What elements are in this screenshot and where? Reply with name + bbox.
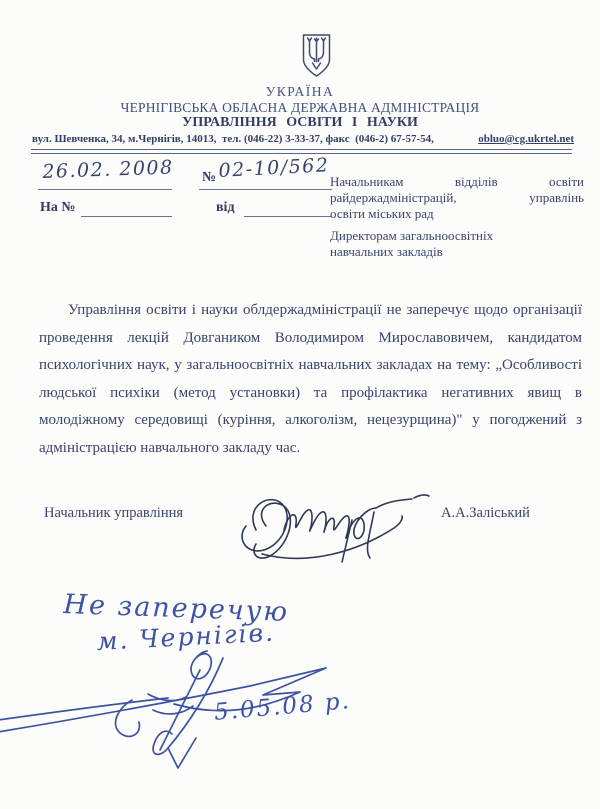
from-date-underline	[244, 216, 332, 217]
number-sign-label: №	[202, 170, 216, 186]
reply-to-label: На №	[40, 200, 75, 216]
administration-name: ЧЕРНІГІВСЬКА ОБЛАСНА ДЕРЖАВНА АДМІНІСТРА…	[0, 100, 600, 116]
handwritten-outgoing-number: 02-10/562	[218, 154, 330, 182]
letter-body-paragraph: Управління освіти і науки облдержадмініс…	[39, 297, 582, 462]
addressee-line: освіти міських рад	[330, 206, 584, 222]
addressee-block: Начальникам відділів освіти райдержадмін…	[330, 174, 584, 260]
date-underline	[38, 189, 172, 190]
from-date-label: від	[216, 200, 235, 216]
official-signature-scrawl	[222, 486, 432, 571]
postal-address-and-phones: вул. Шевченка, 34, м.Чернігів, 14013, те…	[32, 133, 434, 145]
contact-line: вул. Шевченка, 34, м.Чернігів, 14013, те…	[32, 133, 574, 145]
scanned-letter-page: УКРАЇНА ЧЕРНІГІВСЬКА ОБЛАСНА ДЕРЖАВНА АД…	[0, 0, 600, 809]
header-divider-rule	[31, 149, 572, 154]
email-address: obluo@cg.ukrtel.net	[478, 133, 574, 145]
signer-job-title: Начальник управління	[44, 505, 183, 522]
department-name: УПРАВЛІННЯ ОСВІТИ І НАУКИ	[0, 115, 600, 131]
addressee-line: райдержадміністрацій, управлінь	[330, 190, 584, 206]
reply-number-underline	[81, 216, 172, 217]
number-underline	[199, 189, 332, 190]
ukraine-trident-emblem-icon	[300, 33, 333, 79]
country-name: УКРАЇНА	[0, 84, 600, 100]
addressee-line: навчальних закладів	[330, 244, 584, 260]
addressee-line: Начальникам відділів освіти	[330, 174, 584, 190]
resolution-signature-flourish	[0, 640, 600, 809]
addressee-line: Директорам загальноосвітніх	[330, 228, 584, 244]
handwritten-date: 26.02. 2008	[42, 156, 174, 183]
signer-name: А.А.Заліський	[441, 505, 530, 522]
